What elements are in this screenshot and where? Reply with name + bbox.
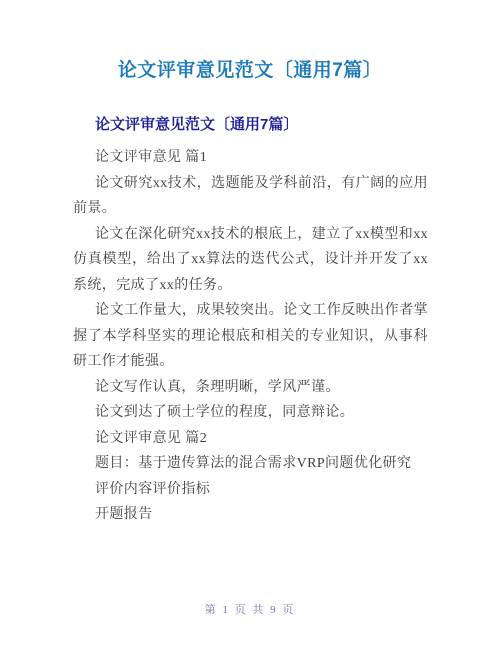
- paragraph: 评价内容评价指标: [73, 477, 428, 503]
- paragraph: 论文在深化研究xx技术的根底上，建立了xx模型和xx仿真模型，给出了xx算法的迭…: [73, 222, 428, 299]
- paragraph: 开题报告: [73, 502, 428, 528]
- paragraph: 题目：基于遗传算法的混合需求VRP问题优化研究: [73, 451, 428, 477]
- paragraph: 论文研究xx技术，选题能及学科前沿，有广阔的应用前景。: [73, 171, 428, 222]
- paragraph: 论文写作认真，条理明晰，学风严谨。: [73, 375, 428, 401]
- document-page: 论文评审意见范文〔通用7篇〕 论文评审意见范文〔通用7篇〕 论文评审意见 篇1 …: [0, 0, 500, 647]
- section-heading: 论文评审意见范文〔通用7篇〕: [73, 114, 428, 136]
- paragraph-list: 论文评审意见 篇1 论文研究xx技术，选题能及学科前沿，有广阔的应用前景。 论文…: [73, 145, 428, 528]
- paragraph: 论文评审意见 篇2: [73, 426, 428, 452]
- page-title: 论文评审意见范文〔通用7篇〕: [0, 0, 500, 84]
- paragraph: 论文工作量大，成果较突出。论文工作反映出作者掌握了本学科坚实的理论根底和相关的专…: [73, 298, 428, 375]
- page-number-footer: 第 1 页 共 9 页: [0, 601, 500, 617]
- paragraph: 论文评审意见 篇1: [73, 145, 428, 171]
- paragraph: 论文到达了硕士学位的程度，同意辩论。: [73, 400, 428, 426]
- document-body: 论文评审意见范文〔通用7篇〕 论文评审意见 篇1 论文研究xx技术，选题能及学科…: [73, 114, 428, 528]
